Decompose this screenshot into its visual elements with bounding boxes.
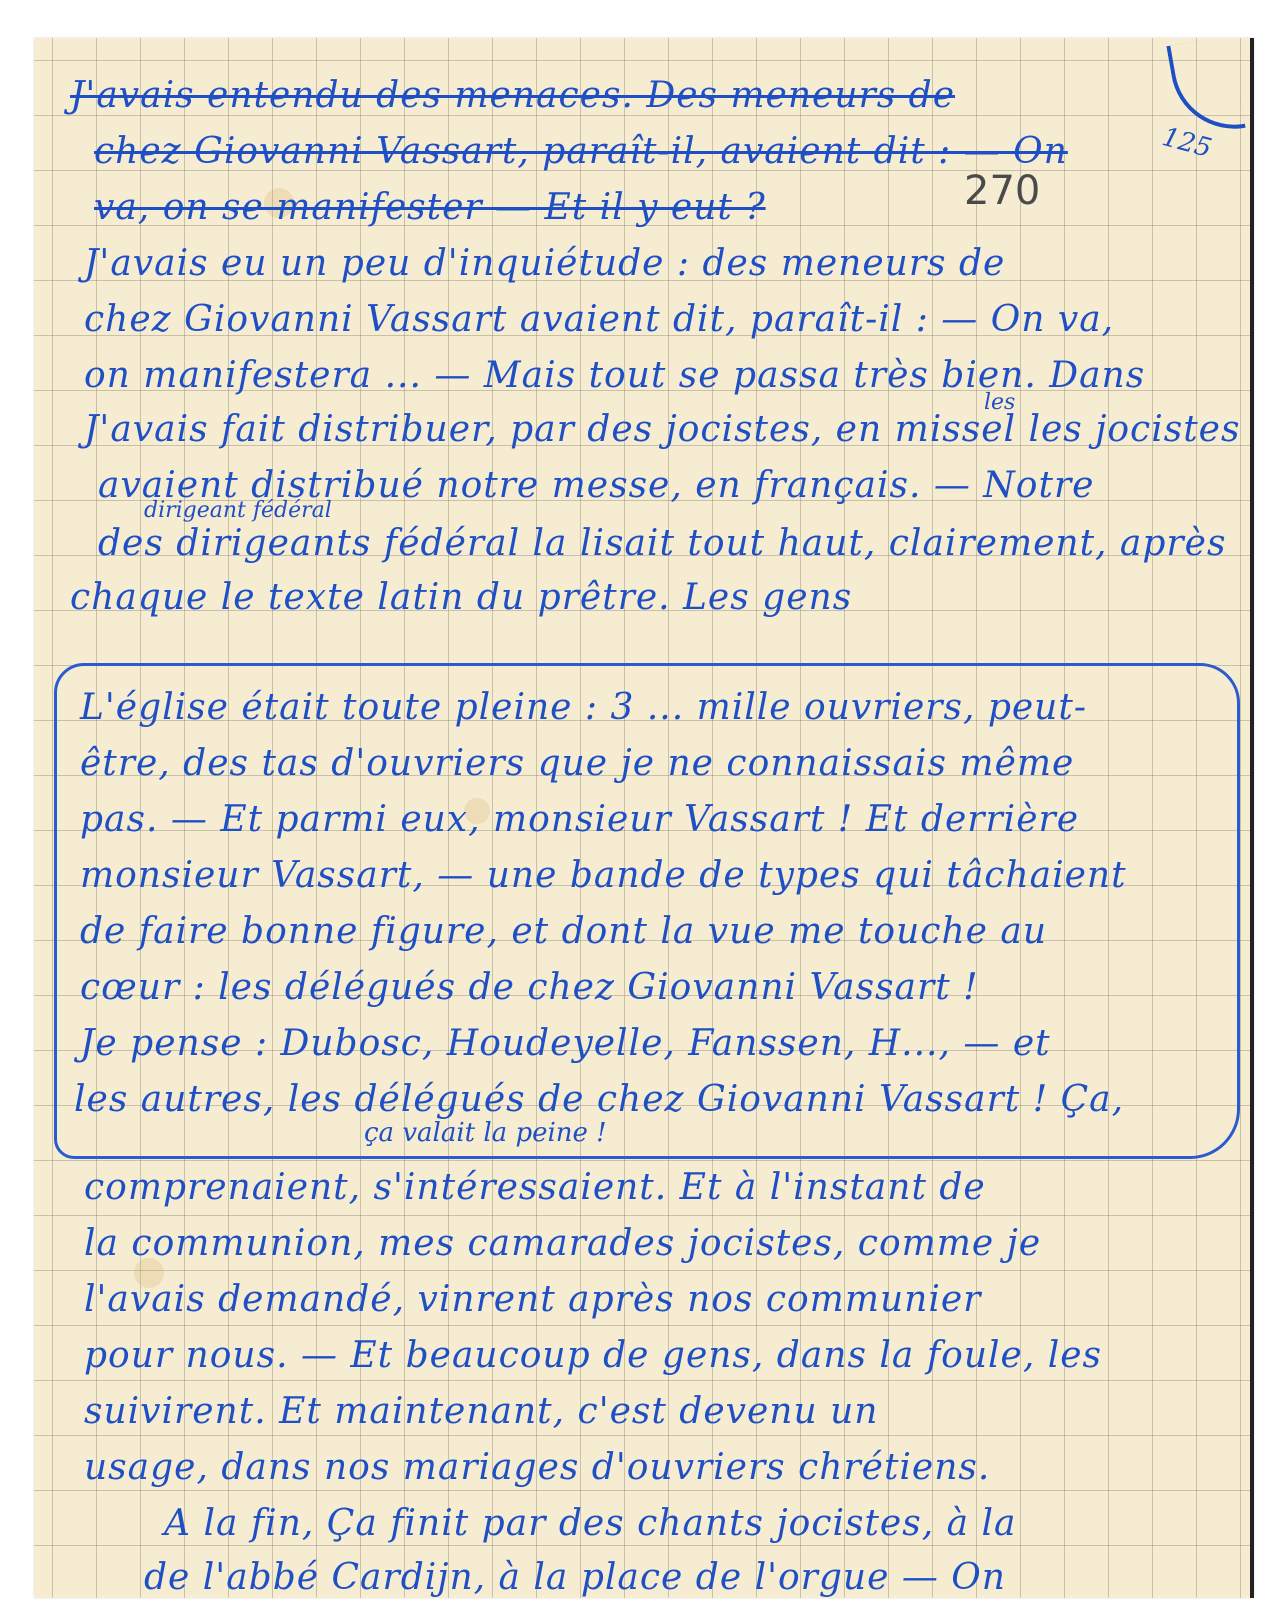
text-line: usage, dans nos mariages d'ouvriers chré… [84, 1448, 990, 1488]
text-line: comprenaient, s'intéressaient. Et à l'in… [84, 1168, 986, 1208]
manuscript-page: 125 270 J'avais entendu des menaces. Des… [34, 38, 1254, 1598]
boxed-text-line: monsieur Vassart, — une bande de types q… [80, 856, 1127, 896]
interlinear-insertion: dirigeant fédéral [144, 498, 332, 523]
text-line: chez Giovanni Vassart, paraît-il, avaien… [94, 132, 1068, 172]
boxed-text-line: être, des tas d'ouvriers que je ne conna… [80, 744, 1074, 784]
margin-bracket [1166, 35, 1245, 139]
text-line: chaque le texte latin du prêtre. Les gen… [70, 578, 852, 618]
text-line: J'avais eu un peu d'inquiétude : des men… [84, 244, 1005, 284]
boxed-text-line: cœur : les délégués de chez Giovanni Vas… [80, 968, 979, 1008]
boxed-text-line: L'église était toute pleine : 3 ... mill… [80, 688, 1087, 728]
boxed-text-line: pas. — Et parmi eux, monsieur Vassart ! … [80, 800, 1079, 840]
boxed-text-line: les autres, les délégués de chez Giovann… [74, 1080, 1124, 1120]
text-line: la communion, mes camarades jocistes, co… [84, 1224, 1041, 1264]
boxed-text-line: de faire bonne figure, et dont la vue me… [80, 912, 1047, 952]
text-line: de l'abbé Cardijn, à la place de l'orgue… [144, 1558, 1006, 1598]
text-line: J'avais entendu des menaces. Des meneurs… [70, 76, 955, 116]
text-line: A la fin, Ça finit par des chants jocist… [164, 1504, 1016, 1544]
interlinear-insertion: ça valait la peine ! [364, 1118, 607, 1148]
text-line: va, on se manifester — Et il y eut ? [94, 188, 766, 228]
text-line: chez Giovanni Vassart avaient dit, paraî… [84, 300, 1114, 340]
text-line: des dirigeants fédéral la lisait tout ha… [98, 524, 1226, 564]
pencil-page-number: 270 [964, 168, 1040, 214]
text-line: l'avais demandé, vinrent après nos commu… [84, 1280, 981, 1320]
boxed-text-line: Je pense : Dubosc, Houdeyelle, Fanssen, … [80, 1024, 1051, 1064]
text-line: suivirent. Et maintenant, c'est devenu u… [84, 1392, 878, 1432]
text-line: J'avais fait distribuer, par des jociste… [84, 410, 1240, 450]
folio-number: 125 [1159, 122, 1215, 164]
text-line: pour nous. — Et beaucoup de gens, dans l… [84, 1336, 1102, 1376]
